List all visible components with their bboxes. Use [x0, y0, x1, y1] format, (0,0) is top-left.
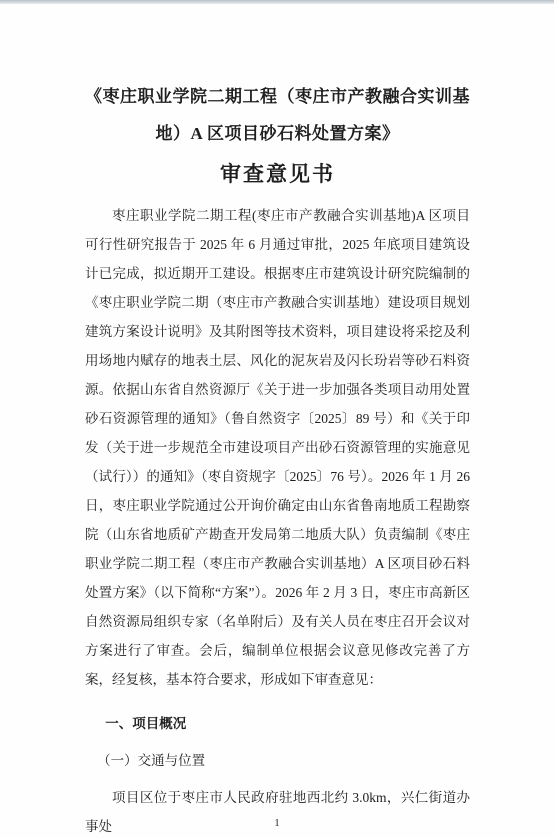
document-subtitle: 审查意见书 — [85, 159, 470, 189]
subsection-heading-traffic-location: （一）交通与位置 — [85, 746, 470, 775]
page-number: 1 — [0, 817, 554, 829]
document-page: 《枣庄职业学院二期工程（枣庄市产教融合实训基地）A 区项目砂石料处置方案》 审查… — [0, 0, 554, 838]
document-content: 《枣庄职业学院二期工程（枣庄市产教融合实训基地）A 区项目砂石料处置方案》 审查… — [0, 0, 554, 838]
page-top-edge — [0, 0, 554, 4]
intro-paragraph: 枣庄职业学院二期工程(枣庄市产教融合实训基地)A 区项目可行性研究报告于 202… — [85, 201, 470, 694]
location-paragraph: 项目区位于枣庄市人民政府驻地西北约 3.0km，兴仁街道办事处 — [85, 783, 470, 838]
document-title: 《枣庄职业学院二期工程（枣庄市产教融合实训基地）A 区项目砂石料处置方案》 — [85, 78, 470, 152]
section-heading-project-overview: 一、项目概况 — [85, 709, 470, 738]
